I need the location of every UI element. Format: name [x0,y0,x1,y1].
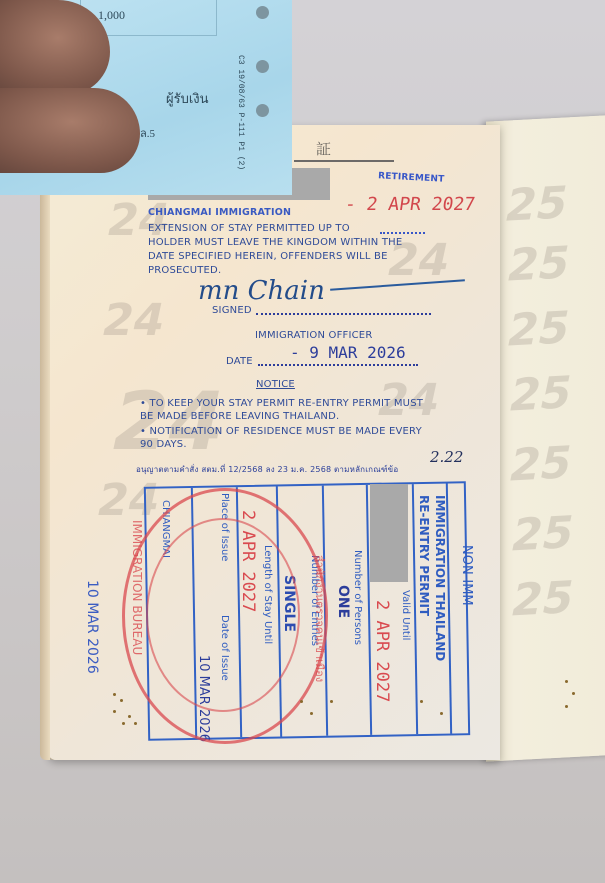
page-watermark: 25 [505,437,577,492]
receipt-field-number: ล.5 [140,124,155,142]
officer-label: IMMIGRATION OFFICER [255,329,372,342]
immigration-seal-inner-ring [146,518,300,712]
fill-line [380,232,425,234]
signed-line [256,313,431,315]
receipt-amount: 1,000 [98,8,125,23]
binding-hole [256,60,269,73]
seal-thai-text: สำนักงานตรวจคนเข้าเมือง [310,555,328,682]
kanji-header: 証 [316,138,331,159]
seal-text: IMMIGRATION BUREAU [130,520,144,655]
notice-item-2-text: NOTIFICATION OF RESIDENCE MUST BE MADE E… [140,426,422,450]
valid-until-value: 2 APR 2027 [372,600,392,702]
notice-item-1: • TO KEEP YOUR STAY PERMIT RE-ENTRY PERM… [140,397,440,423]
notice-title: NOTICE [256,378,295,391]
thumb [0,88,140,173]
page-watermark: 25 [507,507,579,562]
number-of-persons-label: Number of Persons [352,550,363,645]
payee-label: ผู้รับเงิน [166,88,209,109]
handwritten-clause: 2.22 [430,448,463,466]
officer-signature: mn Chain [198,276,325,306]
extension-date-value: - 9 MAR 2026 [290,343,406,362]
binding-hole [256,104,269,117]
extension-line-2: HOLDER MUST LEAVE THE KINGDOM WITHIN THE [148,236,402,249]
page-watermark: 25 [507,572,579,627]
extension-until-date: - 2 APR 2027 [344,194,477,215]
header-rule [294,160,394,162]
number-of-persons-value: ONE [335,585,351,618]
passport-right-page: 25 25 25 25 25 25 25 [486,114,605,761]
finger [0,0,110,95]
redacted-area [370,484,408,582]
date-line [258,364,418,366]
page-watermark: 25 [501,177,573,232]
notice-item-2: • NOTIFICATION OF RESIDENCE MUST BE MADE… [140,425,430,451]
receipt-form-code: C3 19/08/63 P-111 P1 (2) [236,55,245,170]
page-watermark: 25 [505,367,577,422]
notice-item-1-text: TO KEEP YOUR STAY PERMIT RE-ENTRY PERMIT… [140,398,423,422]
thai-footer: อนุญาตตามคำสั่ง สตม.ที่ 12/2568 ลง 23 ม.… [136,463,398,476]
page-watermark: 25 [503,237,575,292]
extension-line-1: EXTENSION OF STAY PERMITTED UP TO [148,222,350,235]
page-watermark: 25 [503,302,575,357]
signed-label: SIGNED [212,304,252,317]
extension-line-3: DATE SPECIFIED HEREIN, OFFENDERS WILL BE [148,250,388,263]
office-name: CHIANGMAI IMMIGRATION [148,206,291,219]
side-date-stamp: 10 MAR 2026 [84,580,100,674]
permit-title: IMMIGRATION THAILAND [433,495,447,661]
permit-subtitle: RE-ENTRY PERMIT [417,495,431,616]
date-label: DATE [226,355,253,368]
binding-hole [256,6,269,19]
valid-until-label: Valid Until [400,590,411,640]
permit-type: NON-IMM [459,545,474,606]
page-watermark: 24 [98,295,170,346]
